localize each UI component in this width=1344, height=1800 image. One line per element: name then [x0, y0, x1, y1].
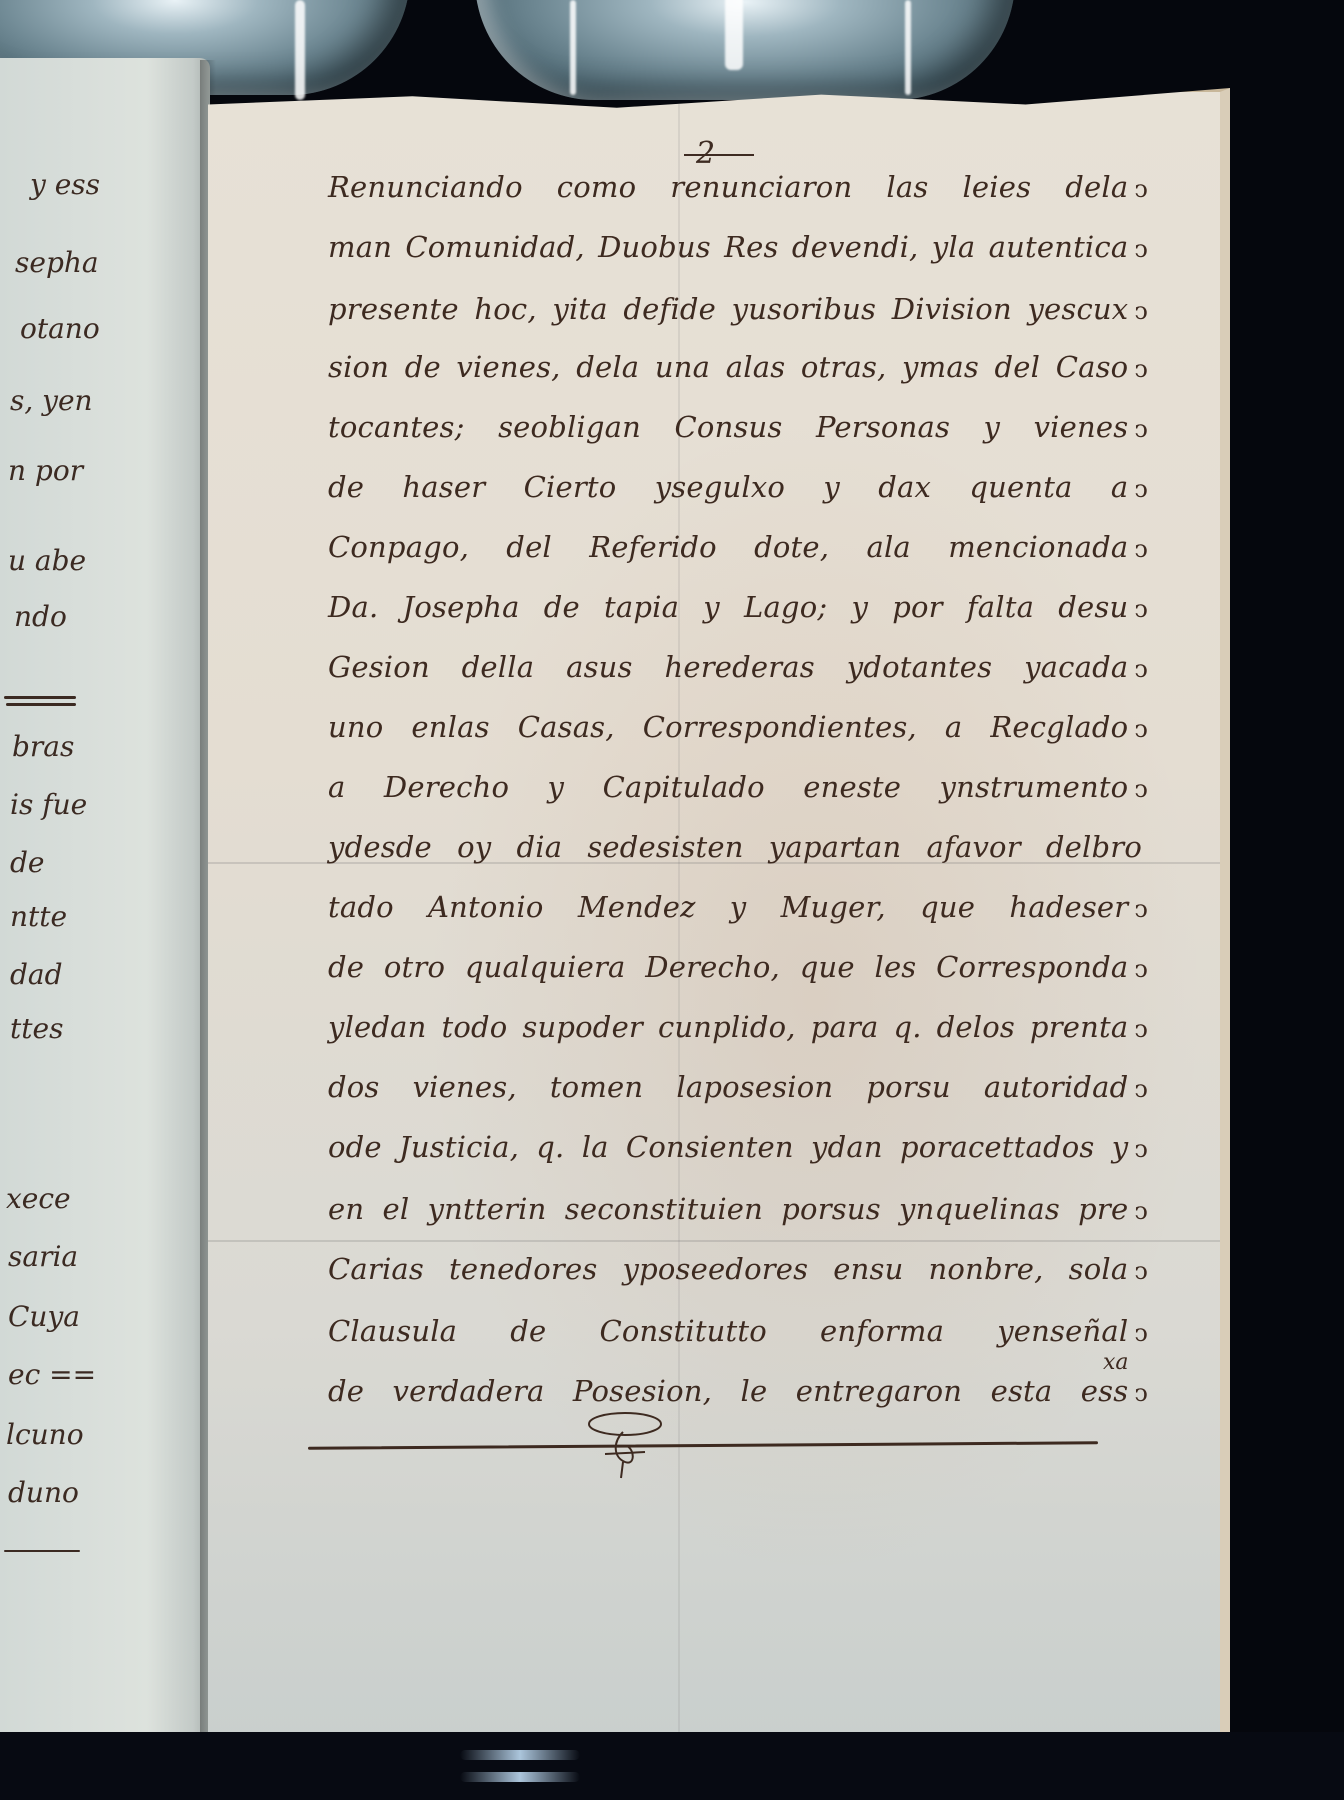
glare-highlight	[570, 0, 576, 95]
manuscript-line: de verdadera Posesion, le entregaron est…	[328, 1374, 1148, 1408]
superscript-abbreviation: xa	[1103, 1350, 1129, 1375]
right-page: 2 Renunciando como renunciaron las leies…	[208, 88, 1230, 1737]
left-page-fragment: is fue	[10, 788, 87, 821]
manuscript-line: ode Justicia, q. la Consienten ydan pora…	[328, 1130, 1148, 1164]
manuscript-line: ydesde oy dia sedesisten yapartan afavor…	[328, 830, 1148, 864]
manuscript-line: Carias tenedores yposeedores ensu nonbre…	[328, 1252, 1148, 1286]
manuscript-line: presente hoc, yita defide yusoribus Divi…	[328, 292, 1148, 326]
glare-highlight	[295, 0, 305, 100]
left-page-fragment: ttes	[10, 1012, 63, 1045]
display-case-base	[0, 1732, 1344, 1800]
rubric-flourish-icon	[583, 1402, 663, 1482]
manuscript-line: de otro qualquiera Derecho, que les Corr…	[328, 950, 1148, 984]
manuscript-line: Gesion della asus herederas ydotantes ya…	[328, 650, 1148, 684]
folio-number: 2	[696, 136, 715, 171]
manuscript-line: Da. Josepha de tapia y Lago; y por falta…	[328, 590, 1148, 624]
glare-highlight	[905, 0, 911, 95]
closing-line	[308, 1441, 1098, 1450]
left-page-fragment: saria	[8, 1240, 78, 1273]
left-page-fragment: sepha	[15, 246, 99, 279]
section-rule	[4, 1550, 80, 1552]
fold-crease-horizontal	[208, 1240, 1220, 1242]
manuscript-line: tado Antonio Mendez y Muger, que hadeser…	[328, 890, 1148, 924]
left-page-fragment: y ess	[30, 168, 100, 201]
left-page-fragment: dad	[10, 958, 63, 991]
left-page-fragment: bras	[12, 730, 74, 763]
left-page-fragment: s, yen	[10, 384, 93, 417]
manuscript-line: Renunciando como renunciaron las leies d…	[328, 170, 1148, 204]
left-page-fragment: u abe	[8, 544, 86, 577]
manuscript-line: Clausula de Constitutto enforma yenseñal…	[328, 1314, 1148, 1348]
manuscript-line: tocantes; seobligan Consus Personas y vi…	[328, 410, 1148, 444]
left-page-fragment: otano	[20, 312, 100, 345]
manuscript-line: sion de vienes, dela una alas otras, yma…	[328, 350, 1148, 384]
manuscript-line: man Comunidad, Duobus Res devendi, yla a…	[328, 230, 1148, 264]
glare-highlight	[460, 1772, 580, 1782]
manuscript-line: en el yntterin seconstituien porsus ynqu…	[328, 1192, 1148, 1226]
left-page-fragment: duno	[8, 1476, 79, 1509]
glare-highlight	[460, 1750, 580, 1760]
left-page-fragment: ntte	[10, 900, 67, 933]
left-page-fragment: lcuno	[6, 1418, 84, 1451]
glare-highlight	[725, 0, 743, 70]
left-page-fragment: de	[10, 846, 45, 879]
manuscript-line: dos vienes, tomen laposesion porsu autor…	[328, 1070, 1148, 1104]
manuscript-line: yledan todo supoder cunplido, para q. de…	[328, 1010, 1148, 1044]
section-rule	[4, 696, 76, 699]
manuscript-line: a Derecho y Capitulado eneste ynstrument…	[328, 770, 1148, 804]
left-page-fragment: ndo	[14, 600, 67, 633]
left-page: y ess sepha otano s, yen n por u abe ndo…	[0, 58, 210, 1758]
manuscript-line: de haser Cierto ysegulxo y dax quenta aↄ	[328, 470, 1148, 504]
left-page-fragment: ec ==	[8, 1358, 96, 1391]
manuscript-line: Conpago, del Referido dote, ala menciona…	[328, 530, 1148, 564]
left-page-fragment: xece	[6, 1182, 71, 1215]
manuscript-line: uno enlas Casas, Correspondientes, a Rec…	[328, 710, 1148, 744]
glass-weight-right	[475, 0, 1015, 100]
left-page-fragment: n por	[8, 454, 83, 487]
section-rule	[6, 703, 76, 706]
left-page-fragment: Cuya	[8, 1300, 80, 1333]
